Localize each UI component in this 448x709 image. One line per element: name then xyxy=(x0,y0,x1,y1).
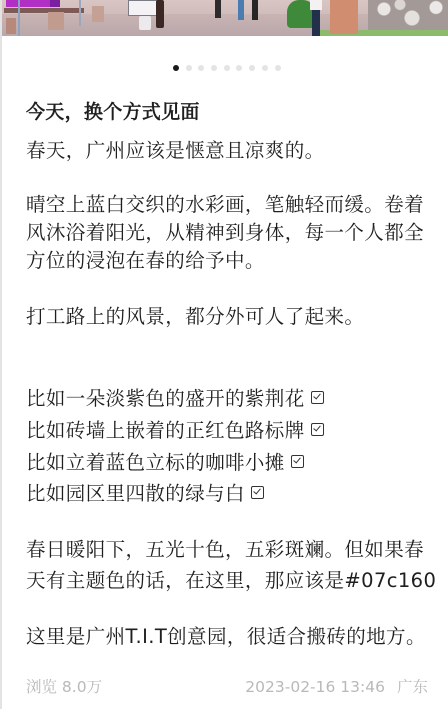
carousel-dot-8[interactable] xyxy=(262,65,268,71)
post-datetime: 2023-02-16 13:46 xyxy=(245,678,385,696)
line-text: 比如园区里四散的绿与白 xyxy=(26,482,245,505)
line-text: 这里是广州T.I.T创意园，很适合搬砖的地方。 xyxy=(26,625,426,648)
line-text: 比如立着蓝色立标的咖啡小摊 xyxy=(26,451,285,474)
photo-detail xyxy=(50,0,60,7)
post-paragraph-line: 这里是广州T.I.T创意园，很适合搬砖的地方。 xyxy=(26,624,426,650)
photo-detail xyxy=(18,0,20,36)
post-meta-right: 2023-02-16 13:46广东 xyxy=(245,676,428,698)
photo-detail xyxy=(215,0,221,18)
photo-detail xyxy=(92,6,104,22)
list-item: 比如砖墙上嵌着的正红色路标牌 xyxy=(26,418,324,444)
checkbox-checked-icon xyxy=(311,423,324,436)
photo-detail xyxy=(4,8,84,13)
carousel-dot-4[interactable] xyxy=(211,65,217,71)
post-location: 广东 xyxy=(397,678,428,696)
line-text: 方位的浸泡在春的给予中。 xyxy=(26,249,265,272)
photo-detail xyxy=(330,0,358,34)
post-paragraph-line: 晴空上蓝白交织的水彩画，笔触轻而缓。卷着 xyxy=(26,192,424,218)
photo-detail xyxy=(238,0,244,20)
post-paragraph-line: 春天，广州应该是惬意且凉爽的。 xyxy=(26,138,325,164)
photo-detail xyxy=(156,0,164,28)
post-paragraph-line: 风沐浴着阳光，从精神到身体，每一个人都全 xyxy=(26,220,424,246)
photo-detail xyxy=(79,0,81,26)
carousel-dot-5[interactable] xyxy=(224,65,230,71)
checkbox-checked-icon xyxy=(311,391,324,404)
photo-detail xyxy=(310,0,322,10)
photo-detail xyxy=(48,12,64,30)
photo-detail xyxy=(139,16,151,30)
left-edge-divider xyxy=(0,0,2,709)
carousel-dot-9[interactable] xyxy=(275,65,281,71)
photo-detail xyxy=(252,0,258,20)
list-item: 比如立着蓝色立标的咖啡小摊 xyxy=(26,450,304,476)
line-text: 春天，广州应该是惬意且凉爽的。 xyxy=(26,139,325,162)
list-item: 比如园区里四散的绿与白 xyxy=(26,481,264,507)
photo-detail xyxy=(368,0,448,30)
photo-detail xyxy=(6,18,16,34)
post-title: 今天，换个方式见面 xyxy=(26,99,200,125)
line-text: 打工路上的风景，都分外可人了起来。 xyxy=(26,305,364,328)
post-paragraph-line: 方位的浸泡在春的给予中。 xyxy=(26,248,265,274)
carousel-dot-7[interactable] xyxy=(249,65,255,71)
list-item: 比如一朵淡紫色的盛开的紫荆花 xyxy=(26,386,324,412)
checkbox-checked-icon xyxy=(291,455,304,468)
carousel-dot-6[interactable] xyxy=(236,65,242,71)
post-paragraph-line: 打工路上的风景，都分外可人了起来。 xyxy=(26,304,364,330)
carousel-photo[interactable] xyxy=(2,0,448,36)
carousel-dot-1[interactable] xyxy=(173,65,179,71)
post-paragraph-line: 春日暖阳下，五光十色，五彩斑斓。但如果春 xyxy=(26,537,424,563)
carousel-dot-2[interactable] xyxy=(186,65,192,71)
line-text: 比如砖墙上嵌着的正红色路标牌 xyxy=(26,419,305,442)
photo-detail xyxy=(6,0,50,7)
line-text: 风沐浴着阳光，从精神到身体，每一个人都全 xyxy=(26,221,424,244)
checkbox-checked-icon xyxy=(251,486,264,499)
line-text: 春日暖阳下，五光十色，五彩斑斓。但如果春 xyxy=(26,538,424,561)
line-text: 晴空上蓝白交织的水彩画，笔触轻而缓。卷着 xyxy=(26,193,424,216)
post-meta: 浏览 8.0万 2023-02-16 13:46广东 xyxy=(26,676,428,698)
line-text: 天有主题色的话，在这里，那应该是#07c160 xyxy=(26,569,436,592)
view-count: 浏览 8.0万 xyxy=(26,676,102,698)
line-text: 比如一朵淡紫色的盛开的紫荆花 xyxy=(26,387,305,410)
carousel-dot-3[interactable] xyxy=(198,65,204,71)
post-paragraph-line: 天有主题色的话，在这里，那应该是#07c160 xyxy=(26,568,436,594)
carousel-pagination xyxy=(173,65,281,71)
